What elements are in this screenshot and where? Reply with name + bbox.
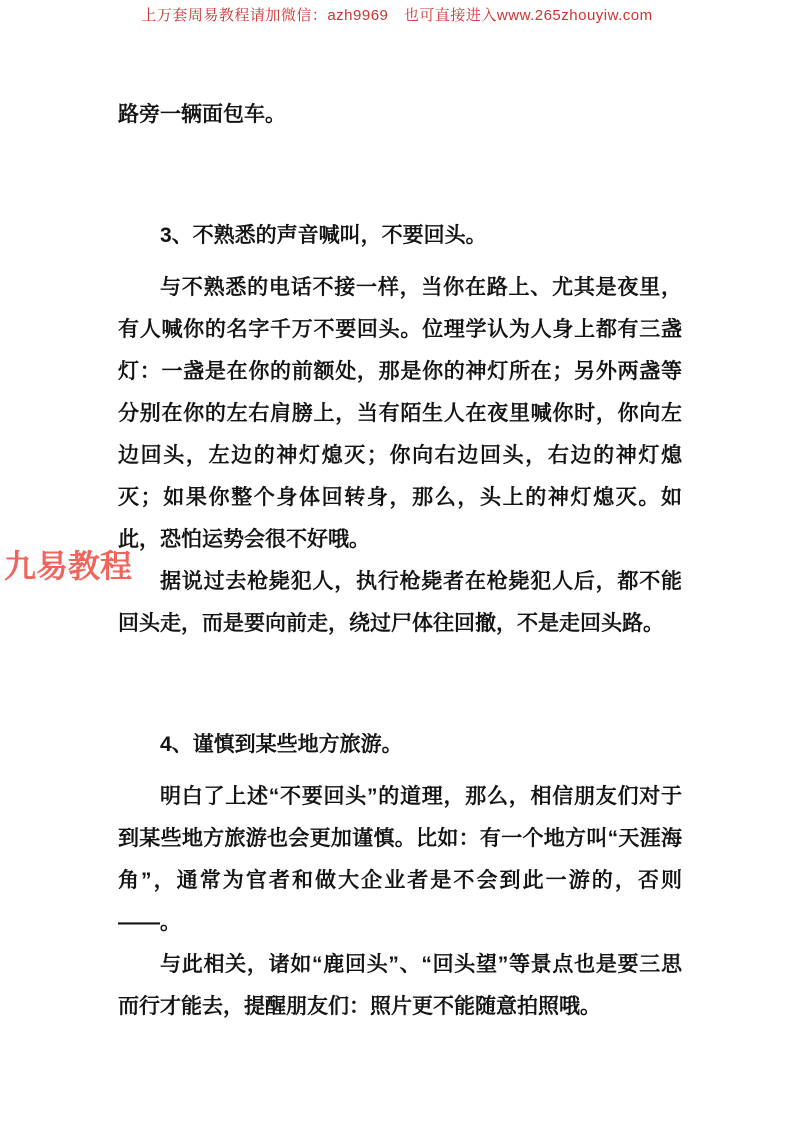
watermark-text: 九易教程 <box>4 541 132 587</box>
paragraph: 与不熟悉的电话不接一样，当你在路上、尤其是夜里，有人喊你的名字千万不要回头。位理… <box>118 267 682 561</box>
document-page: 上万套周易教程请加微信：azh9969 也可直接进入www.265zhouyiw… <box>0 0 794 1123</box>
paragraph: 与此相关，诸如“鹿回头”、“回头望”等景点也是要三思而行才能去，提醒朋友们：照片… <box>118 944 682 1028</box>
paragraph: 据说过去枪毙犯人，执行枪毙者在枪毙犯人后，都不能回头走，而是要向前走，绕过尸体往… <box>118 561 682 645</box>
paragraph-continuation: 路旁一辆面包车。 <box>118 94 682 136</box>
document-body: 路旁一辆面包车。 3、不熟悉的声音喊叫，不要回头。 与不熟悉的电话不接一样，当你… <box>118 94 682 1028</box>
promo-header-text: 上万套周易教程请加微信：azh9969 也可直接进入www.265zhouyiw… <box>0 6 794 26</box>
section-heading-4: 4、谨慎到某些地方旅游。 <box>118 724 682 766</box>
section-heading-3: 3、不熟悉的声音喊叫，不要回头。 <box>118 215 682 257</box>
paragraph: 明白了上述“不要回头”的道理，那么，相信朋友们对于到某些地方旅游也会更加谨慎。比… <box>118 776 682 944</box>
